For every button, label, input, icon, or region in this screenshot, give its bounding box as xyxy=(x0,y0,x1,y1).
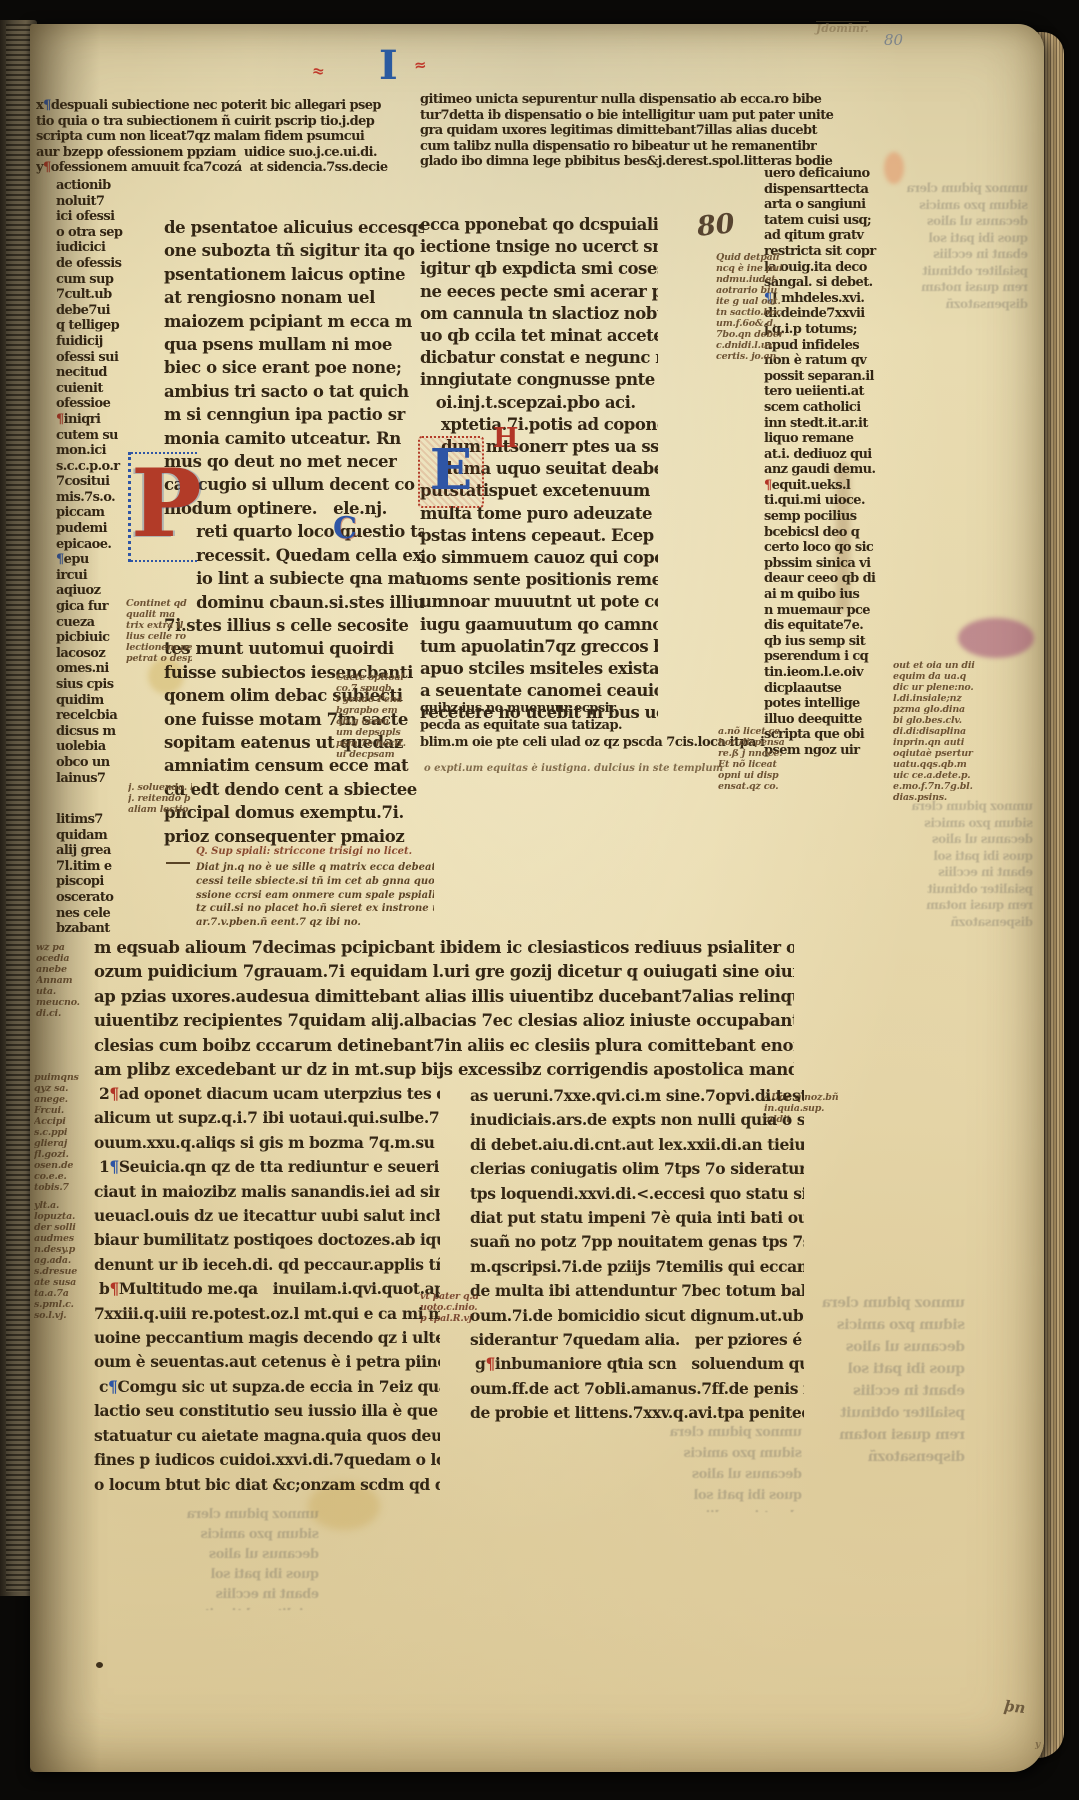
inner-note-b: a.nõ licet ce hoc dispensa re.ß j nnoce.… xyxy=(718,726,786,794)
main-column-2-small-hand: quibz ius no muenuur ecpsir pecda as equ… xyxy=(420,700,765,754)
right-margin-note: out et oia un dii equim da ua.q dic ur p… xyxy=(893,660,1031,805)
blue-initial-C: C xyxy=(333,511,357,546)
show-through-text: umnoz pidum clera sidum pzo amicis decan… xyxy=(900,180,1028,320)
mid-note-heading: Q. Sup spiali: striccone trisigi no lice… xyxy=(196,845,436,859)
left-gloss-column: actionib noluit7 ici ofessi o otra sep i… xyxy=(56,178,138,790)
red-flourish-right: ≈ xyxy=(413,57,427,73)
left-gloss-column-lower: litims7 quidam alij grea 7l.itim e pisco… xyxy=(56,812,138,938)
corner-mark-small: y xyxy=(1035,1741,1040,1750)
red-initial-H: H xyxy=(493,423,519,454)
folio-number-pencil: 80 xyxy=(884,33,903,48)
show-through-text: umnoz pidum clera sidum pzo amicis decan… xyxy=(893,798,1033,958)
left-margin-note-c: ylt.a. lopuzta. der solli audmes n.desy.… xyxy=(34,1200,90,1324)
show-through-text: umnoz pidum clera sidum pzo amicis decan… xyxy=(64,1505,319,1610)
margin-note-soluendo: j. soluendo. l j. reitendo þ aliam lecti… xyxy=(128,782,192,816)
decorated-initial-E: E xyxy=(418,436,484,508)
corner-mark: þn xyxy=(1003,1699,1026,1716)
decorated-initial-P: P xyxy=(128,452,197,562)
margin-note-cacte: Cacte optioal co.7 spuqb l gendo Pena bg… xyxy=(336,672,422,762)
margin-dash xyxy=(166,862,190,864)
red-flourish-left: ≈ xyxy=(311,63,326,80)
manuscript-photo-stage: umnoz pidum clera sidum pzo amicis decan… xyxy=(0,0,1079,1800)
folio-number-ink: 80 xyxy=(696,210,736,241)
corner-inscription: Jdomīnr. xyxy=(816,21,869,35)
bottom-gloss-full-width: m eqsuab alioum 7decimas pcipicbant ibid… xyxy=(94,936,794,1082)
left-margin-note-a: wz pa ocedia anebe Annam uta. meucno. di… xyxy=(36,942,90,1022)
inner-note-a: Quid detpali ncq è ine pui ndmu.iudet ao… xyxy=(716,252,784,364)
quire-numeral-I: I xyxy=(379,46,398,86)
bottom-gloss-right-column: as ueruni.7xxe.qvi.ci.m sine.7opvi.di.te… xyxy=(470,1084,804,1428)
bottom-gloss-left-column: 2¶ad oponet diacum ucam uterpzius tes qu… xyxy=(94,1082,440,1498)
top-gloss-right: gitimeo unicta sepurentur nulla dispensa… xyxy=(420,92,878,174)
facing-page-text-texture xyxy=(6,24,31,1592)
left-margin-note-b: puimqns qyz sa. anege. Frcui. Accipi s.c… xyxy=(34,1072,90,1196)
top-gloss-left: x¶despuali subiectione nec poterit bic a… xyxy=(36,98,396,178)
margin-note-continet: Continet qd qualit ma trix extra il lius… xyxy=(126,598,192,666)
show-through-text: umnoz pidum clera sidum pzo amicis decan… xyxy=(472,1422,802,1512)
mid-added-note: Diat jn.q no è ue sille q matrix ecca de… xyxy=(196,861,434,931)
